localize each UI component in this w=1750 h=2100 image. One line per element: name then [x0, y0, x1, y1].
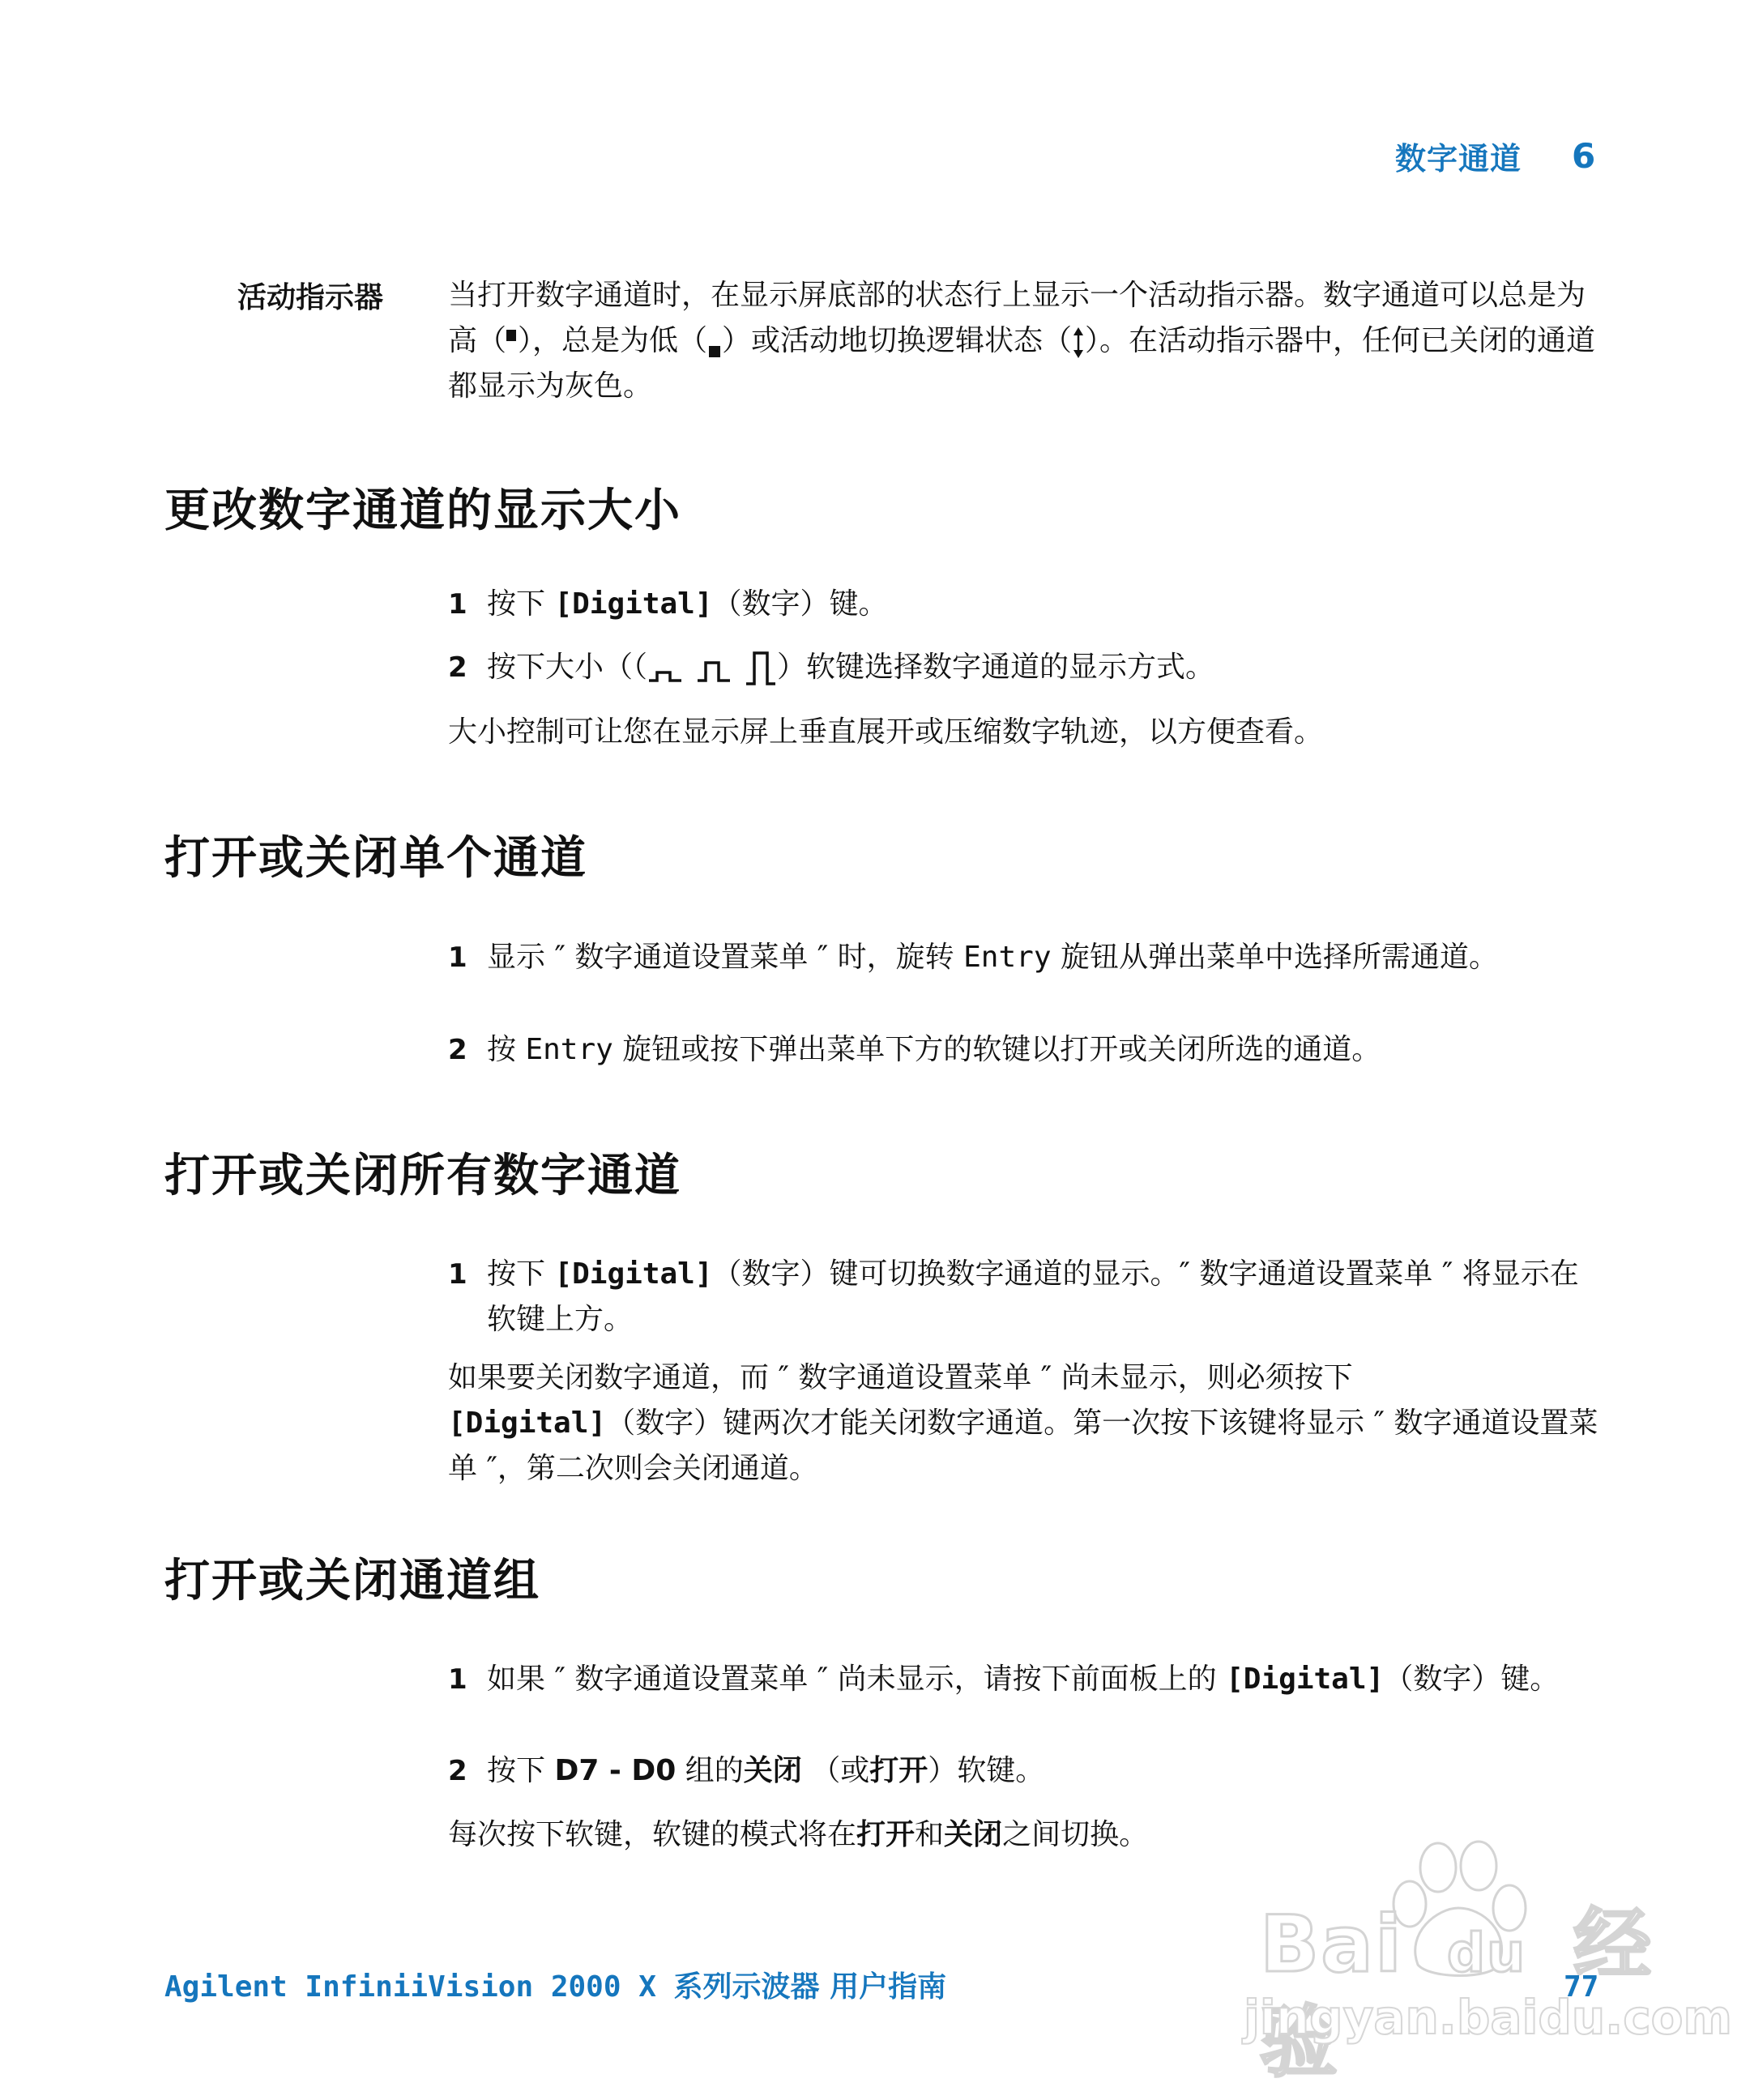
text: （数字）键。 [1384, 1662, 1559, 1696]
section-heading-single-channel: 打开或关闭单个通道 [164, 830, 587, 887]
digital-key-label: [Digital] [554, 1257, 712, 1291]
watermark-logo-text: Baidu经验 [1260, 1900, 1665, 2087]
running-header: 数字通道 6 [1395, 131, 1595, 180]
size-small-icon [647, 653, 683, 685]
step-number: 2 [448, 1027, 487, 1073]
paragraph: 大小控制可让您在显示屏上垂直展开或压缩数字轨迹，以方便查看。 [448, 710, 1607, 755]
text: 显示 ″ 数字通道设置菜单 ″ 时，旋转 [487, 941, 963, 974]
text: 每次按下软键，软键的模式将在 [448, 1818, 856, 1851]
step-number: 1 [448, 1252, 487, 1342]
step-item: 1 按下 [Digital]（数字）键可切换数字通道的显示。″ 数字通道设置菜单… [448, 1252, 1607, 1342]
step-item: 2 按下 D7 - D0 组的关闭 （或打开）软键。 [448, 1748, 1607, 1794]
text: 和 [915, 1818, 944, 1851]
paragraph: 如果要关闭数字通道，而 ″ 数字通道设置菜单 ″ 尚未显示，则必须按下[Digi… [448, 1355, 1607, 1492]
step-text: 显示 ″ 数字通道设置菜单 ″ 时，旋转 Entry 旋钮从弹出菜单中选择所需通… [487, 935, 1607, 980]
off-softkey-label: 关闭 [744, 1754, 802, 1787]
watermark-url: jingyan.baidu.com [1244, 1989, 1732, 2046]
channel-group-label: D7 - D0 [554, 1754, 676, 1787]
baidu-jingyan-watermark: Baidu经验 jingyan.baidu.com [1244, 1835, 1665, 2054]
step-number: 2 [448, 645, 487, 690]
text: 如果 ″ 数字通道设置菜单 ″ 尚未显示，请按下前面板上的 [487, 1662, 1226, 1696]
step-text: 按下 D7 - D0 组的关闭 （或打开）软键。 [487, 1748, 1607, 1794]
text: （数字）键两次才能关闭数字通道。第一次按下该键将显示 ″ 数字通道设置菜单 ″，… [448, 1406, 1598, 1485]
text: ）软键选择数字通道的显示方式。 [777, 651, 1214, 684]
on-softkey-label: 打开 [869, 1754, 928, 1787]
text: 按下 [487, 1257, 554, 1291]
digital-key-label: [Digital] [1226, 1662, 1384, 1696]
step-item: 1 显示 ″ 数字通道设置菜单 ″ 时，旋转 Entry 旋钮从弹出菜单中选择所… [448, 935, 1607, 980]
digital-key-label: [Digital] [448, 1406, 606, 1440]
text: 如果要关闭数字通道，而 ″ 数字通道设置菜单 ″ 尚未显示，则必须按下 [448, 1361, 1353, 1394]
step-text: 按下 [Digital]（数字）键。 [487, 582, 1607, 627]
step-number: 1 [448, 1657, 487, 1702]
on-label: 打开 [856, 1818, 915, 1851]
text: ）软键。 [928, 1754, 1044, 1787]
step-item: 2 按 Entry 旋钮或按下弹出菜单下方的软键以打开或关闭所选的通道。 [448, 1027, 1607, 1073]
text: 之间切换。 [1002, 1818, 1148, 1851]
text: （或 [802, 1754, 869, 1787]
activity-indicator-label: 活动指示器 [237, 275, 383, 321]
entry-knob-label: Entry [525, 1033, 612, 1066]
text: 按下 [487, 1754, 554, 1787]
entry-knob-label: Entry [963, 941, 1051, 974]
text: 旋钮或按下弹出菜单下方的软键以打开或关闭所选的通道。 [613, 1033, 1381, 1066]
text: （数字）键。 [713, 587, 888, 621]
step-item: 1 如果 ″ 数字通道设置菜单 ″ 尚未显示，请按下前面板上的 [Digital… [448, 1657, 1607, 1702]
chapter-number: 6 [1572, 136, 1595, 176]
logic-low-icon [707, 328, 722, 357]
size-large-icon [745, 651, 777, 687]
step-text: 如果 ″ 数字通道设置菜单 ″ 尚未显示，请按下前面板上的 [Digital]（… [487, 1657, 1607, 1702]
logic-high-icon [506, 328, 518, 357]
activity-indicator-paragraph: 当打开数字通道时，在显示屏底部的状态行上显示一个活动指示器。数字通道可以总是为高… [448, 273, 1598, 409]
footer-doc-title: Agilent InfiniiVision 2000 X 系列示波器 用户指南 [164, 1967, 946, 2008]
text: du [1447, 1922, 1526, 1984]
text: 组的 [676, 1754, 743, 1787]
page-number: 77 [1564, 1967, 1598, 2008]
step-number: 1 [448, 582, 487, 627]
chapter-title: 数字通道 [1395, 134, 1522, 178]
text: 按 [487, 1033, 525, 1066]
step-text: 按 Entry 旋钮或按下弹出菜单下方的软键以打开或关闭所选的通道。 [487, 1027, 1607, 1073]
section-heading-all-channels: 打开或关闭所有数字通道 [164, 1148, 681, 1205]
text: 旋钮从弹出菜单中选择所需通道。 [1052, 941, 1498, 974]
step-text: 按下 [Digital]（数字）键可切换数字通道的显示。″ 数字通道设置菜单 ″… [487, 1252, 1607, 1342]
step-number: 1 [448, 935, 487, 980]
step-item: 1 按下 [Digital]（数字）键。 [448, 582, 1607, 627]
text: Bai [1260, 1899, 1403, 1990]
text: 按下大小（（ [487, 651, 647, 684]
text: Agilent InfiniiVision 2000 X [164, 1970, 674, 2004]
step-item: 2 按下大小（（）软键选择数字通道的显示方式。 [448, 645, 1607, 690]
size-medium-icon [696, 653, 732, 685]
off-label: 关闭 [944, 1818, 1002, 1851]
logic-toggle-icon [1072, 327, 1085, 359]
step-text: 按下大小（（）软键选择数字通道的显示方式。 [487, 645, 1607, 690]
step-number: 2 [448, 1748, 487, 1794]
text: 按下 [487, 587, 554, 621]
section-heading-channel-group: 打开或关闭通道组 [164, 1553, 540, 1610]
digital-key-label: [Digital] [554, 587, 712, 621]
text: ），总是为低（ [518, 324, 707, 357]
text: ）或活动地切换逻辑状态（ [722, 324, 1072, 357]
text: 系列示波器 用户指南 [674, 1970, 947, 2004]
section-heading-display-size: 更改数字通道的显示大小 [164, 483, 681, 540]
paragraph: 每次按下软键，软键的模式将在打开和关闭之间切换。 [448, 1812, 1607, 1858]
